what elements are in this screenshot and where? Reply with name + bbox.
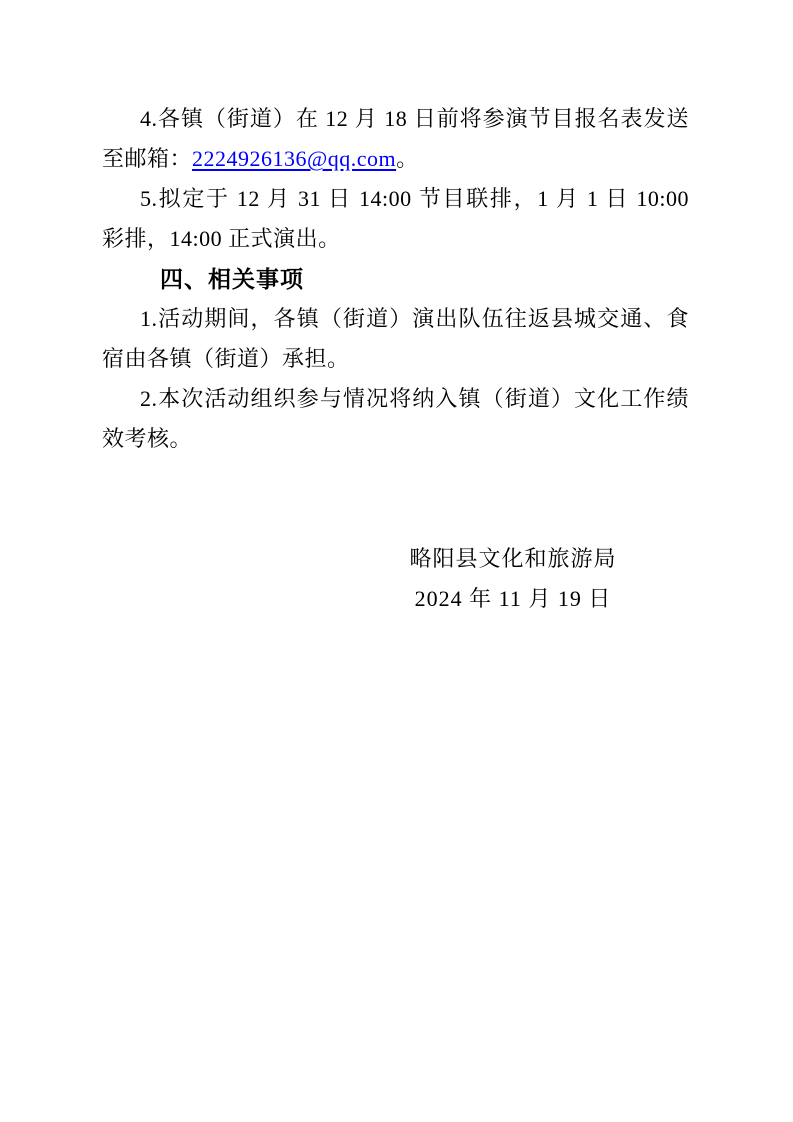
document-body: 4.各镇（街道）在 12 月 18 日前将参演节目报名表发送 至邮箱：22249… (102, 99, 689, 619)
email-label: 至邮箱： (102, 146, 192, 171)
signature-org: 略阳县文化和旅游局 (373, 539, 653, 579)
paragraph-line: 宿由各镇（街道）承担。 (102, 339, 689, 379)
paragraph-line: 彩排，14:00 正式演出。 (102, 219, 689, 259)
sentence-end: 。 (396, 146, 419, 171)
paragraph-line: 5.拟定于 12 月 31 日 14:00 节目联排，1 月 1 日 10:00 (102, 179, 689, 219)
document-page: 4.各镇（街道）在 12 月 18 日前将参演节目报名表发送 至邮箱：22249… (0, 0, 793, 1122)
paragraph-line: 效考核。 (102, 419, 689, 459)
paragraph-line: 至邮箱：2224926136@qq.com。 (102, 139, 689, 179)
signature-block: 略阳县文化和旅游局 2024 年 11 月 19 日 (373, 539, 653, 619)
section-heading: 四、相关事项 (102, 259, 689, 299)
email-link[interactable]: 2224926136@qq.com (192, 146, 396, 171)
paragraph-line: 2.本次活动组织参与情况将纳入镇（街道）文化工作绩 (102, 379, 689, 419)
paragraph-line: 4.各镇（街道）在 12 月 18 日前将参演节目报名表发送 (102, 99, 689, 139)
signature-date: 2024 年 11 月 19 日 (373, 579, 653, 619)
paragraph-line: 1.活动期间，各镇（街道）演出队伍往返县城交通、食 (102, 299, 689, 339)
